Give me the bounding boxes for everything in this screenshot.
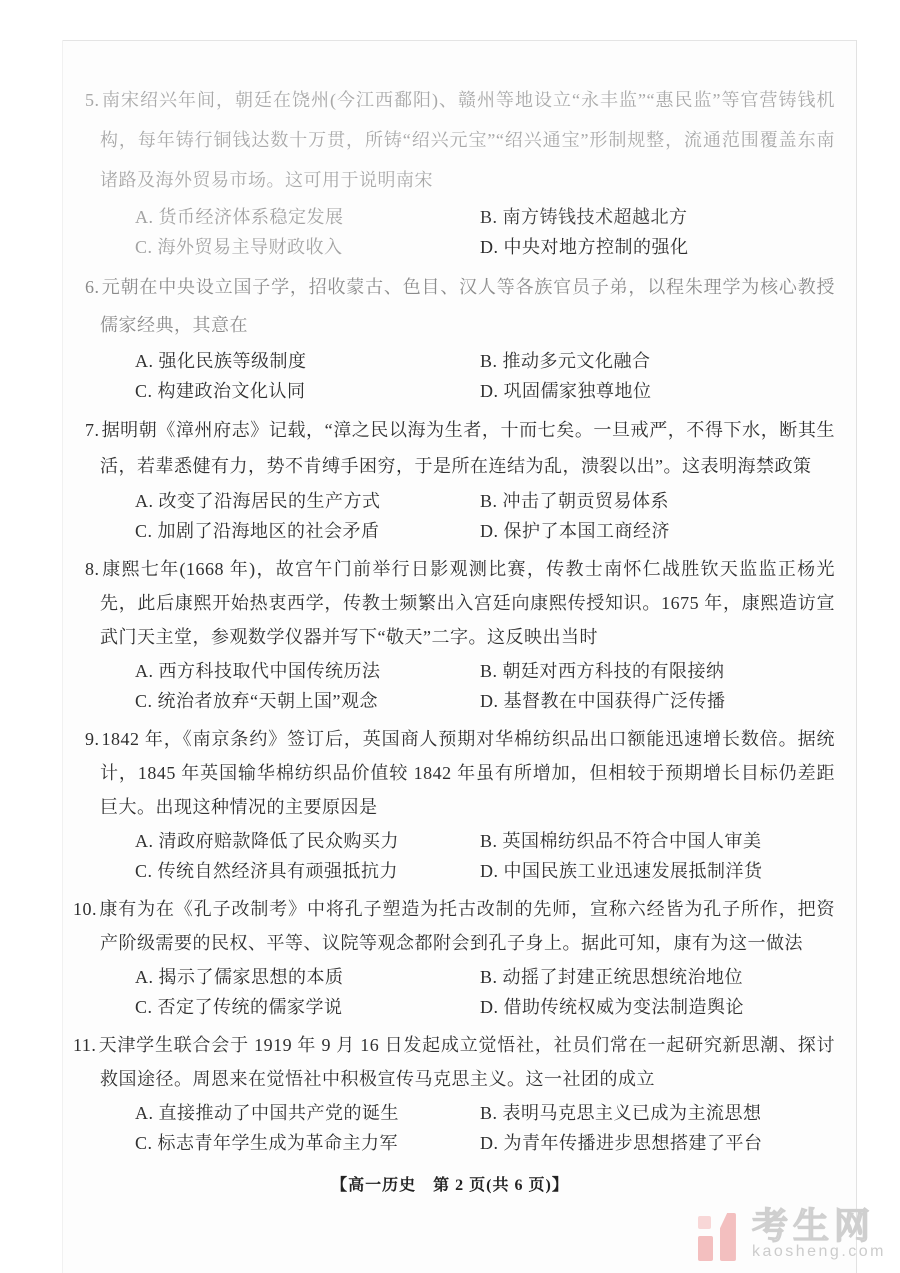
watermark-site-domain: kaosheng.com <box>752 1243 886 1261</box>
option-b: B.南方铸钱技术超越北方 <box>480 202 835 232</box>
kaosheng-logo-icon <box>698 1213 738 1261</box>
question-stem: 10.康有为在《孔子改制考》中将孔子塑造为托古改制的先师，宣称六经皆为孔子所作，… <box>100 892 835 960</box>
option-a: A.改变了沿海居民的生产方式 <box>135 486 480 516</box>
option-label: D. <box>480 237 499 257</box>
option-label: A. <box>135 207 154 227</box>
option-label: B. <box>480 967 498 987</box>
option-b: B.冲击了朝贡贸易体系 <box>480 486 835 516</box>
option-d: D.借助传统权威为变法制造舆论 <box>480 992 835 1022</box>
option-a: A.西方科技取代中国传统历法 <box>135 656 480 686</box>
option-d: D.中国民族工业迅速发展抵制洋货 <box>480 856 835 886</box>
watermark-text: 考生网 kaosheng.com <box>752 1209 886 1261</box>
option-label: C. <box>135 691 153 711</box>
option-label: A. <box>135 351 154 371</box>
question-11: 11.天津学生联合会于 1919 年 9 月 16 日发起成立觉悟社，社员们常在… <box>100 1028 835 1158</box>
question-stem: 8.康熙七年(1668 年)，故宫午门前举行日影观测比赛，传教士南怀仁战胜钦天监… <box>100 552 835 654</box>
question-stem: 6.元朝在中央设立国子学，招收蒙古、色目、汉人等各族官员子弟，以程朱理学为核心教… <box>100 268 835 344</box>
option-text: 否定了传统的儒家学说 <box>158 997 343 1017</box>
option-label: C. <box>135 521 153 541</box>
option-text: 加剧了沿海地区的社会矛盾 <box>158 521 380 541</box>
question-number: 8. <box>85 559 100 579</box>
option-a: A.强化民族等级制度 <box>135 346 480 376</box>
option-a: A.清政府赔款降低了民众购买力 <box>135 826 480 856</box>
option-c: C.加剧了沿海地区的社会矛盾 <box>135 516 480 546</box>
option-text: 朝廷对西方科技的有限接纳 <box>503 661 725 681</box>
option-text: 借助传统权威为变法制造舆论 <box>504 997 745 1017</box>
option-label: B. <box>480 1103 498 1123</box>
option-a: A.货币经济体系稳定发展 <box>135 202 480 232</box>
option-label: B. <box>480 491 498 511</box>
option-b: B.英国棉纺织品不符合中国人审美 <box>480 826 835 856</box>
option-label: D. <box>480 997 499 1017</box>
option-text: 清政府赔款降低了民众购买力 <box>159 831 400 851</box>
option-c: C.统治者放弃“天朝上国”观念 <box>135 686 480 716</box>
option-label: C. <box>135 381 153 401</box>
option-text: 基督教在中国获得广泛传播 <box>504 691 726 711</box>
option-c: C.海外贸易主导财政收入 <box>135 232 480 262</box>
option-d: D.保护了本国工商经济 <box>480 516 835 546</box>
option-b: B.表明马克思主义已成为主流思想 <box>480 1098 835 1128</box>
question-stem: 11.天津学生联合会于 1919 年 9 月 16 日发起成立觉悟社，社员们常在… <box>100 1028 835 1096</box>
option-text: 保护了本国工商经济 <box>504 521 671 541</box>
question-6: 6.元朝在中央设立国子学，招收蒙古、色目、汉人等各族官员子弟，以程朱理学为核心教… <box>100 268 835 406</box>
option-label: C. <box>135 1133 153 1153</box>
option-d: D.基督教在中国获得广泛传播 <box>480 686 835 716</box>
option-label: A. <box>135 831 154 851</box>
options-grid: A.西方科技取代中国传统历法 B.朝廷对西方科技的有限接纳 C.统治者放弃“天朝… <box>135 656 835 716</box>
options-grid: A.直接推动了中国共产党的诞生 B.表明马克思主义已成为主流思想 C.标志青年学… <box>135 1098 835 1158</box>
question-number: 7. <box>85 420 100 440</box>
question-stem: 7.据明朝《漳州府志》记载，“漳之民以海为生者，十而七矣。一旦戒严，不得下水，断… <box>100 412 835 484</box>
question-stem-text: 据明朝《漳州府志》记载，“漳之民以海为生者，十而七矣。一旦戒严，不得下水，断其生… <box>100 420 835 476</box>
option-label: C. <box>135 997 153 1017</box>
question-number: 5. <box>85 90 100 110</box>
option-text: 为青年传播进步思想搭建了平台 <box>504 1133 763 1153</box>
option-d: D.为青年传播进步思想搭建了平台 <box>480 1128 835 1158</box>
option-label: A. <box>135 491 154 511</box>
logo-block-bottom <box>698 1236 713 1261</box>
question-7: 7.据明朝《漳州府志》记载，“漳之民以海为生者，十而七矣。一旦戒严，不得下水，断… <box>100 412 835 546</box>
option-text: 冲击了朝贡贸易体系 <box>503 491 670 511</box>
option-text: 中国民族工业迅速发展抵制洋货 <box>504 861 763 881</box>
question-stem-text: 康熙七年(1668 年)，故宫午门前举行日影观测比赛，传教士南怀仁战胜钦天监监正… <box>100 559 835 647</box>
question-stem-text: 1842 年，《南京条约》签订后，英国商人预期对华棉纺织品出口额能迅速增长数倍。… <box>100 729 835 817</box>
watermark: 考生网 kaosheng.com <box>698 1209 886 1261</box>
option-label: D. <box>480 521 499 541</box>
question-stem: 5.南宋绍兴年间，朝廷在饶州(今江西鄱阳)、赣州等地设立“永丰监”“惠民监”等官… <box>100 80 835 200</box>
option-label: B. <box>480 831 498 851</box>
options-grid: A.货币经济体系稳定发展 B.南方铸钱技术超越北方 C.海外贸易主导财政收入 D… <box>135 202 835 262</box>
question-stem-text: 康有为在《孔子改制考》中将孔子塑造为托古改制的先师，宣称六经皆为孔子所作，把资产… <box>99 899 835 953</box>
option-label: A. <box>135 661 154 681</box>
option-c: C.标志青年学生成为革命主力军 <box>135 1128 480 1158</box>
option-label: D. <box>480 381 499 401</box>
page-footer: 【高一历史 第 2 页(共 6 页)】 <box>0 1172 900 1195</box>
option-text: 表明马克思主义已成为主流思想 <box>503 1103 762 1123</box>
option-label: C. <box>135 237 153 257</box>
option-text: 推动多元文化融合 <box>503 351 651 371</box>
option-label: A. <box>135 1103 154 1123</box>
exam-page-content: 5.南宋绍兴年间，朝廷在饶州(今江西鄱阳)、赣州等地设立“永丰监”“惠民监”等官… <box>0 0 900 1164</box>
option-d: D.巩固儒家独尊地位 <box>480 376 835 406</box>
option-text: 改变了沿海居民的生产方式 <box>159 491 381 511</box>
option-label: D. <box>480 691 499 711</box>
logo-block-small <box>698 1216 711 1229</box>
question-number: 11. <box>73 1035 96 1055</box>
options-grid: A.揭示了儒家思想的本质 B.动摇了封建正统思想统治地位 C.否定了传统的儒家学… <box>135 962 835 1022</box>
option-text: 海外贸易主导财政收入 <box>158 237 343 257</box>
option-text: 中央对地方控制的强化 <box>504 237 689 257</box>
options-grid: A.清政府赔款降低了民众购买力 B.英国棉纺织品不符合中国人审美 C.传统自然经… <box>135 826 835 886</box>
question-number: 9. <box>85 729 100 749</box>
question-10: 10.康有为在《孔子改制考》中将孔子塑造为托古改制的先师，宣称六经皆为孔子所作，… <box>100 892 835 1022</box>
watermark-site-name: 考生网 <box>752 1209 886 1243</box>
option-label: B. <box>480 351 498 371</box>
option-c: C.否定了传统的儒家学说 <box>135 992 480 1022</box>
option-d: D.中央对地方控制的强化 <box>480 232 835 262</box>
option-text: 南方铸钱技术超越北方 <box>503 207 688 227</box>
option-label: A. <box>135 967 154 987</box>
option-text: 传统自然经济具有顽强抵抗力 <box>158 861 399 881</box>
option-text: 动摇了封建正统思想统治地位 <box>503 967 744 987</box>
question-number: 6. <box>85 277 100 297</box>
option-text: 巩固儒家独尊地位 <box>504 381 652 401</box>
question-number: 10. <box>73 899 97 919</box>
option-c: C.构建政治文化认同 <box>135 376 480 406</box>
question-5: 5.南宋绍兴年间，朝廷在饶州(今江西鄱阳)、赣州等地设立“永丰监”“惠民监”等官… <box>100 80 835 262</box>
option-text: 英国棉纺织品不符合中国人审美 <box>503 831 762 851</box>
option-c: C.传统自然经济具有顽强抵抗力 <box>135 856 480 886</box>
option-text: 揭示了儒家思想的本质 <box>159 967 344 987</box>
logo-block-tall <box>720 1213 736 1261</box>
question-stem-text: 南宋绍兴年间，朝廷在饶州(今江西鄱阳)、赣州等地设立“永丰监”“惠民监”等官营铸… <box>100 90 835 190</box>
question-9: 9.1842 年，《南京条约》签订后，英国商人预期对华棉纺织品出口额能迅速增长数… <box>100 722 835 886</box>
option-b: B.动摇了封建正统思想统治地位 <box>480 962 835 992</box>
options-grid: A.改变了沿海居民的生产方式 B.冲击了朝贡贸易体系 C.加剧了沿海地区的社会矛… <box>135 486 835 546</box>
question-stem-text: 元朝在中央设立国子学，招收蒙古、色目、汉人等各族官员子弟，以程朱理学为核心教授儒… <box>100 277 835 335</box>
question-stem-text: 天津学生联合会于 1919 年 9 月 16 日发起成立觉悟社，社员们常在一起研… <box>98 1035 835 1089</box>
option-label: B. <box>480 661 498 681</box>
option-label: C. <box>135 861 153 881</box>
option-a: A.揭示了儒家思想的本质 <box>135 962 480 992</box>
option-text: 直接推动了中国共产党的诞生 <box>159 1103 400 1123</box>
question-8: 8.康熙七年(1668 年)，故宫午门前举行日影观测比赛，传教士南怀仁战胜钦天监… <box>100 552 835 716</box>
question-stem: 9.1842 年，《南京条约》签订后，英国商人预期对华棉纺织品出口额能迅速增长数… <box>100 722 835 824</box>
options-grid: A.强化民族等级制度 B.推动多元文化融合 C.构建政治文化认同 D.巩固儒家独… <box>135 346 835 406</box>
option-a: A.直接推动了中国共产党的诞生 <box>135 1098 480 1128</box>
option-b: B.推动多元文化融合 <box>480 346 835 376</box>
option-text: 构建政治文化认同 <box>158 381 306 401</box>
option-text: 货币经济体系稳定发展 <box>159 207 344 227</box>
option-text: 标志青年学生成为革命主力军 <box>158 1133 399 1153</box>
option-label: D. <box>480 1133 499 1153</box>
option-label: D. <box>480 861 499 881</box>
option-text: 统治者放弃“天朝上国”观念 <box>158 691 378 711</box>
option-text: 强化民族等级制度 <box>159 351 307 371</box>
option-b: B.朝廷对西方科技的有限接纳 <box>480 656 835 686</box>
option-text: 西方科技取代中国传统历法 <box>159 661 381 681</box>
option-label: B. <box>480 207 498 227</box>
